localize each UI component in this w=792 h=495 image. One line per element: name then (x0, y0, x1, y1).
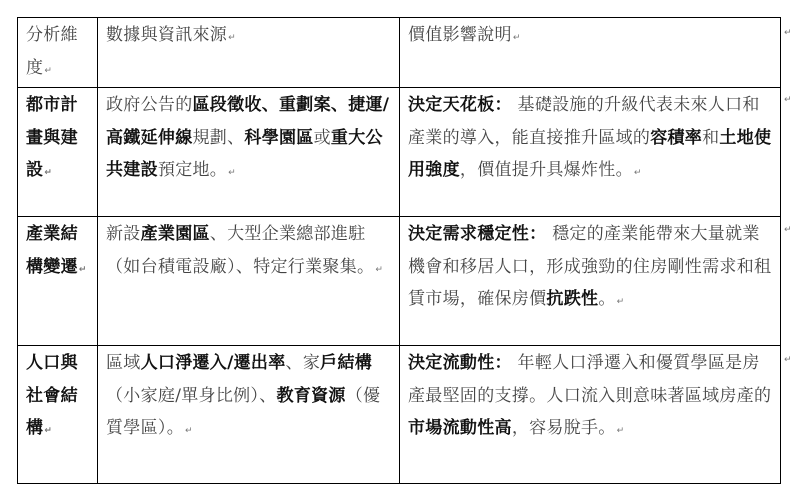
text-run: ，價值提升具爆炸性。 (460, 160, 633, 180)
table-row: 人口與社會結構↵ 區域人口淨遷入/遷出率、家戶結構（小家庭/單身比例）、教育資源… (18, 346, 781, 484)
header-sources[interactable]: 數據與資訊來源↵ (98, 18, 400, 88)
header-sources-text: 數據與資訊來源 (106, 25, 227, 45)
impact-cell[interactable]: 決定流動性： 年輕人口淨遷入和優質學區是房產最堅固的支撐。人口流入則意味著區域房… (400, 346, 781, 484)
paragraph-mark-icon: ↵ (44, 66, 52, 76)
text-run: 和 (702, 128, 719, 148)
dimension-cell[interactable]: 產業結構變遷↵ (18, 217, 98, 346)
paragraph-mark-icon: ↵ (375, 265, 383, 275)
bold-text-run: 決定流動性： (408, 353, 512, 373)
analysis-table: 分析維度↵ 數據與資訊來源↵ 價值影響說明↵ 都市計畫與建設↵ 政府公告的區段徵… (17, 17, 781, 484)
paragraph-mark-icon: ↵ (617, 426, 625, 436)
text-run: 規劃、 (193, 128, 245, 148)
table-row: 產業結構變遷↵ 新設產業園區、大型企業總部進駐（如台積電設廠）、特定行業聚集。↵… (18, 217, 781, 346)
row-end-mark-icon: ↵ (784, 225, 792, 235)
bold-text-run: 容積率 (650, 128, 702, 148)
dimension-text: 產業結構變遷 (26, 224, 78, 277)
paragraph-mark-icon: ↵ (634, 168, 642, 178)
bold-text-run: 教育資源 (277, 386, 346, 406)
header-impact[interactable]: 價值影響說明↵ (400, 18, 781, 88)
text-run: ，容易脫手。 (512, 418, 616, 438)
paragraph-mark-icon: ↵ (617, 297, 625, 307)
impact-cell[interactable]: 決定天花板： 基礎設施的升級代表未來人口和產業的導入，能直接推升區域的容積率和土… (400, 88, 781, 217)
bold-text-run: 抗跌性 (546, 289, 598, 309)
bold-text-run: 戶結構 (320, 353, 372, 373)
paragraph-mark-icon: ↵ (513, 33, 521, 43)
paragraph-mark-icon: ↵ (44, 426, 52, 436)
bold-text-run: 科學園區 (244, 128, 313, 148)
row-end-mark-icon: ↵ (784, 95, 792, 105)
sources-cell[interactable]: 新設產業園區、大型企業總部進駐（如台積電設廠）、特定行業聚集。↵ (98, 217, 400, 346)
dimension-cell[interactable]: 人口與社會結構↵ (18, 346, 98, 484)
text-run: 、家 (286, 353, 321, 373)
sources-cell[interactable]: 區域人口淨遷入/遷出率、家戶結構（小家庭/單身比例）、教育資源（優質學區）。↵ (98, 346, 400, 484)
table-header-row: 分析維度↵ 數據與資訊來源↵ 價值影響說明↵ (18, 18, 781, 88)
text-run: （小家庭/單身比例）、 (106, 386, 277, 406)
text-run: 預定地。 (158, 160, 227, 180)
impact-cell[interactable]: 決定需求穩定性： 穩定的產業能帶來大量就業機會和移居人口，形成強勁的住房剛性需求… (400, 217, 781, 346)
text-run: 區域 (106, 353, 141, 373)
text-run: 。 (598, 289, 615, 309)
sources-cell[interactable]: 政府公告的區段徵收、重劃案、捷運/高鐵延伸線規劃、科學園區或重大公共建設預定地。… (98, 88, 400, 217)
bold-text-run: 人口淨遷入/遷出率 (141, 353, 286, 373)
text-run: 新設 (106, 224, 141, 244)
paragraph-mark-icon: ↵ (79, 265, 87, 275)
table-row: 都市計畫與建設↵ 政府公告的區段徵收、重劃案、捷運/高鐵延伸線規劃、科學園區或重… (18, 88, 781, 217)
bold-text-run: 市場流動性高 (408, 418, 512, 438)
paragraph-mark-icon: ↵ (185, 426, 193, 436)
bold-text-run: 決定天花板： (408, 95, 512, 115)
header-impact-text: 價值影響說明 (408, 25, 512, 45)
paragraph-mark-icon: ↵ (228, 168, 236, 178)
dimension-cell[interactable]: 都市計畫與建設↵ (18, 88, 98, 217)
text-run: 或 (314, 128, 331, 148)
text-run: 政府公告的 (106, 95, 193, 115)
row-end-mark-icon: ↵ (784, 28, 792, 38)
paragraph-mark-icon: ↵ (228, 33, 236, 43)
paragraph-mark-icon: ↵ (44, 168, 52, 178)
bold-text-run: 產業園區 (141, 224, 210, 244)
header-dimension[interactable]: 分析維度↵ (18, 18, 98, 88)
row-end-mark-icon: ↵ (784, 355, 792, 365)
bold-text-run: 決定需求穩定性： (408, 224, 546, 244)
